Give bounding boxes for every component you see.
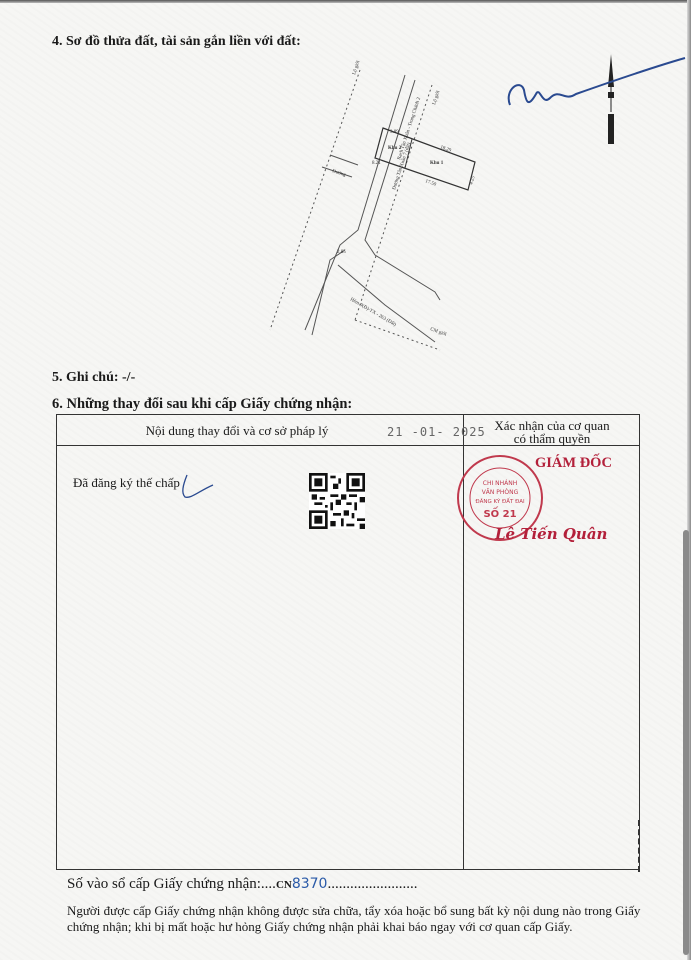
certificate-page: 4. Sơ đồ thửa đất, tài sản gắn liền với …	[0, 0, 691, 960]
registration-line: Số vào sổ cấp Giấy chứng nhận:....CN8370…	[67, 876, 417, 893]
scrollbar[interactable]	[683, 530, 689, 955]
changes-table: Nội dung thay đổi và cơ sở pháp lý 21 -0…	[56, 414, 640, 870]
svg-text:SỐ 21: SỐ 21	[483, 505, 516, 520]
director-title: GIÁM ĐỐC	[535, 455, 612, 472]
dim-right: 4.25	[469, 175, 477, 185]
initial-signature-icon	[177, 471, 217, 501]
signer-name: Lê Tiến Quân	[495, 525, 607, 543]
label-lo-gioi-right: Lộ giới	[432, 89, 441, 105]
registration-prefix: CN	[276, 879, 292, 891]
mortgage-entry: Đã đăng ký thế chấp	[73, 475, 180, 491]
label-khu1: Khu 1	[430, 161, 444, 166]
dim-left-bot: 8.21	[372, 161, 381, 166]
label-lo-gioi-left: Lộ giới	[352, 60, 361, 76]
table-edge-dashed	[638, 820, 642, 872]
label-cm: CM giới	[429, 327, 447, 338]
qr-code-icon	[309, 473, 365, 529]
registration-label: Số vào sổ cấp Giấy chứng nhận:....	[67, 876, 276, 892]
label-road-small: Đường	[331, 169, 346, 178]
label-road-bottom: Hẻm 9(Đ)-TX - 263 (Đất)	[349, 297, 397, 328]
registration-dots: ........................	[327, 876, 417, 892]
registration-number: 8370	[292, 876, 328, 892]
section-5-title: 5. Ghi chú: -/-	[52, 370, 135, 386]
header-authority: Xác nhận của cơ quan có thẩm quyền	[463, 419, 641, 445]
page-edge-top	[0, 0, 691, 3]
parcel-diagram: Đường Tân Xuân 7 (đất) Đường Hẻm 9(Đ)-TX…	[260, 60, 500, 360]
notice-text: Người được cấp Giấy chứng nhận không đượ…	[67, 903, 647, 935]
header-change-content: Nội dung thay đổi và cơ sở pháp lý	[57, 423, 417, 439]
dim-bottom: 17.50	[424, 179, 437, 188]
svg-text:CHI NHÁNH: CHI NHÁNH	[483, 480, 517, 487]
dim-left-top: 3.89	[390, 130, 399, 135]
dim-road: 2.85	[337, 250, 346, 255]
section-6-title: 6. Những thay đổi sau khi cấp Giấy chứng…	[52, 396, 352, 413]
signature-icon	[480, 50, 690, 120]
section-4-title: 4. Sơ đồ thửa đất, tài sản gắn liền với …	[52, 34, 301, 50]
svg-text:ĐĂNG KÝ ĐẤT ĐAI: ĐĂNG KÝ ĐẤT ĐAI	[475, 497, 525, 505]
svg-text:VĂN PHÒNG: VĂN PHÒNG	[482, 489, 519, 496]
label-khu2: Khu 2	[388, 146, 402, 151]
dim-top: 18.29	[439, 145, 452, 154]
header-authority-line2: có thẩm quyền	[463, 432, 641, 445]
